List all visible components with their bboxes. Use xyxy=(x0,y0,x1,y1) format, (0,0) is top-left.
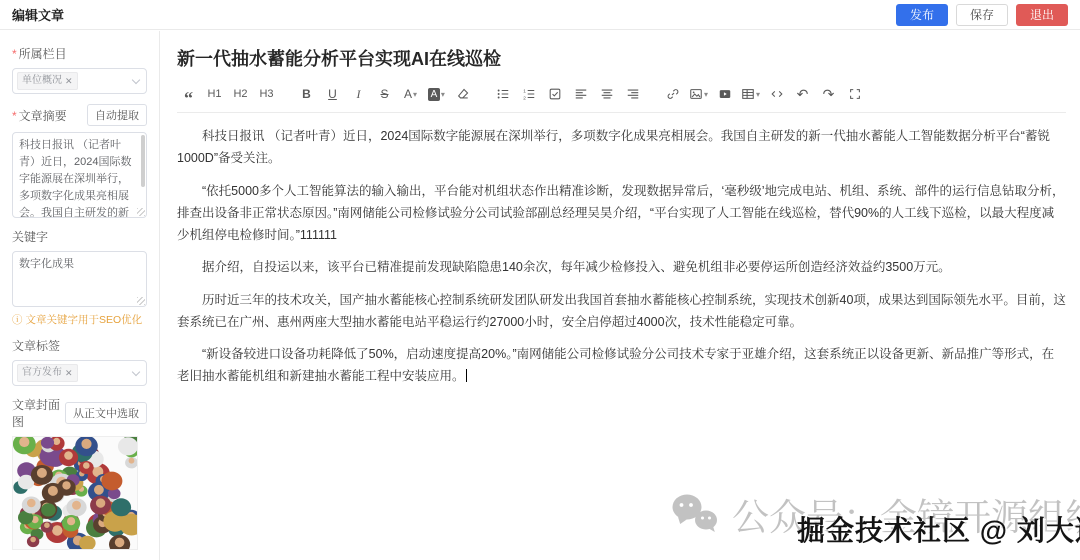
publish-button[interactable]: 发布 xyxy=(896,4,948,26)
category-select[interactable]: 单位概况 ✕ xyxy=(12,68,147,94)
abstract-textarea[interactable]: 科技日报讯 （记者叶青）近日，2024国际数字能源展在深圳举行，多项数字化成果亮… xyxy=(12,132,147,218)
tags-label: 文章标签 xyxy=(12,337,147,354)
list-task-button[interactable] xyxy=(543,83,566,105)
heading-2-glyph: H2 xyxy=(233,88,247,100)
code-icon xyxy=(770,87,784,101)
required-asterisk: * xyxy=(12,109,17,123)
seo-hint: ⓘ 文章关键字用于SEO优化 xyxy=(12,312,147,327)
image-icon xyxy=(689,87,703,101)
paragraph-1[interactable]: 科技日报讯 （记者叶青）近日，2024国际数字能源展在深圳举行，多项数字化成果亮… xyxy=(177,125,1066,170)
image-button[interactable]: ▾ xyxy=(687,83,710,105)
paragraph-2[interactable]: “依托5000多个人工智能算法的输入输出，平台能对机组状态作出精准诊断，发现数据… xyxy=(177,180,1066,247)
sidebar: *所属栏目 单位概况 ✕ *文章摘要 自动提取 科技日报讯 （记者叶青）近日，2… xyxy=(0,31,160,560)
underline-glyph: U xyxy=(328,87,337,101)
bold-glyph: B xyxy=(302,87,311,101)
abstract-field-wrap: 科技日报讯 （记者叶青）近日，2024国际数字能源展在深圳举行，多项数字化成果亮… xyxy=(12,132,147,218)
editor-pane: 新一代抽水蓄能分析平台实现AI在线巡检 “H1H2H3BUISA▾A▾12▾▾↶… xyxy=(161,31,1080,560)
remove-tag-icon[interactable]: ✕ xyxy=(65,73,73,89)
heading-3-glyph: H3 xyxy=(259,88,273,100)
svg-text:2: 2 xyxy=(523,95,526,101)
eraser-icon xyxy=(456,87,470,101)
video-button[interactable] xyxy=(713,83,736,105)
required-asterisk: * xyxy=(12,47,17,61)
undo-button[interactable]: ↶ xyxy=(791,83,814,105)
strikethrough-glyph: S xyxy=(380,87,388,101)
paragraph-3[interactable]: 据介绍，自投运以来，该平台已精准提前发现缺陷隐患140余次，每年减少检修投入、避… xyxy=(177,256,1066,278)
heading-3-button[interactable]: H3 xyxy=(255,83,278,105)
redo-button[interactable]: ↷ xyxy=(817,83,840,105)
caret-down-icon: ▾ xyxy=(756,90,760,99)
link-button[interactable] xyxy=(661,83,684,105)
svg-text:1: 1 xyxy=(523,88,526,94)
abstract-label: *文章摘要 自动提取 xyxy=(12,104,147,126)
strikethrough-button[interactable]: S xyxy=(373,83,396,105)
align-center-button[interactable] xyxy=(595,83,618,105)
editor-toolbar: “H1H2H3BUISA▾A▾12▾▾↶↷ xyxy=(177,81,1066,113)
tag-chip: 官方发布 ✕ xyxy=(17,364,78,382)
remove-tag-icon[interactable]: ✕ xyxy=(65,365,73,381)
auto-extract-button[interactable]: 自动提取 xyxy=(87,104,147,126)
editor-body[interactable]: 科技日报讯 （记者叶青）近日，2024国际数字能源展在深圳举行，多项数字化成果亮… xyxy=(177,113,1066,388)
list-unordered-button[interactable] xyxy=(491,83,514,105)
resize-handle-icon[interactable] xyxy=(137,297,145,305)
heading-1-button[interactable]: H1 xyxy=(203,83,226,105)
fullscreen-icon xyxy=(848,87,862,101)
resize-handle-icon[interactable] xyxy=(137,208,145,216)
caret-down-icon: ▾ xyxy=(704,90,708,99)
list-ordered-button[interactable]: 12 xyxy=(517,83,540,105)
chevron-down-icon xyxy=(132,76,140,84)
save-button[interactable]: 保存 xyxy=(956,4,1008,26)
align-left-icon xyxy=(574,87,588,101)
list-ul-icon xyxy=(496,87,510,101)
info-icon: ⓘ xyxy=(12,312,23,327)
font-color-glyph: A xyxy=(404,87,412,101)
highlight-glyph: A xyxy=(428,88,440,101)
fullscreen-button[interactable] xyxy=(843,83,866,105)
list-check-icon xyxy=(548,87,562,101)
text-cursor xyxy=(466,369,467,382)
link-icon xyxy=(666,87,680,101)
highlight-button[interactable]: A▾ xyxy=(425,83,448,105)
pick-from-body-button[interactable]: 从正文中选取 xyxy=(65,402,147,424)
blockquote-glyph: “ xyxy=(184,86,193,102)
font-color-button[interactable]: A▾ xyxy=(399,83,422,105)
caret-down-icon: ▾ xyxy=(441,90,445,99)
chevron-down-icon xyxy=(132,368,140,376)
align-left-button[interactable] xyxy=(569,83,592,105)
italic-button[interactable]: I xyxy=(347,83,370,105)
page-title: 编辑文章 xyxy=(12,5,64,24)
table-button[interactable]: ▾ xyxy=(739,83,762,105)
paragraph-5[interactable]: “新设备较进口设备功耗降低了50%，启动速度提高20%。”南网储能公司检修试验分… xyxy=(177,343,1066,388)
redo-glyph: ↷ xyxy=(823,86,835,103)
bold-button[interactable]: B xyxy=(295,83,318,105)
app-header: 编辑文章 发布 保存 退出 xyxy=(0,0,1080,30)
exit-button[interactable]: 退出 xyxy=(1016,4,1068,26)
underline-button[interactable]: U xyxy=(321,83,344,105)
category-label: *所属栏目 xyxy=(12,45,147,62)
blockquote-button[interactable]: “ xyxy=(177,83,200,105)
heading-2-button[interactable]: H2 xyxy=(229,83,252,105)
italic-glyph: I xyxy=(357,87,361,102)
undo-glyph: ↶ xyxy=(797,86,809,103)
cover-image[interactable] xyxy=(12,436,138,550)
list-ol-icon: 12 xyxy=(522,87,536,101)
caret-down-icon: ▾ xyxy=(413,90,417,99)
align-right-button[interactable] xyxy=(621,83,644,105)
keywords-textarea[interactable]: 数字化成果 xyxy=(12,251,147,307)
textarea-scrollbar[interactable] xyxy=(141,135,145,187)
keywords-field-wrap: 数字化成果 xyxy=(12,251,147,307)
paragraph-4[interactable]: 历时近三年的技术攻关，国产抽水蓄能核心控制系统研发团队研发出我国首套抽水蓄能核心… xyxy=(177,289,1066,334)
align-center-icon xyxy=(600,87,614,101)
category-tag: 单位概况 ✕ xyxy=(17,72,78,90)
cover-label: 文章封面图 从正文中选取 xyxy=(12,396,147,430)
keywords-label: 关键字 xyxy=(12,228,147,245)
table-icon xyxy=(741,87,755,101)
code-button[interactable] xyxy=(765,83,788,105)
crowd-photo xyxy=(13,437,137,549)
clear-format-button[interactable] xyxy=(451,83,474,105)
heading-1-glyph: H1 xyxy=(207,88,221,100)
tags-select[interactable]: 官方发布 ✕ xyxy=(12,360,147,386)
article-title-input[interactable]: 新一代抽水蓄能分析平台实现AI在线巡检 xyxy=(177,45,1066,71)
align-right-icon xyxy=(626,87,640,101)
video-icon xyxy=(718,87,732,101)
header-actions: 发布 保存 退出 xyxy=(896,4,1068,26)
